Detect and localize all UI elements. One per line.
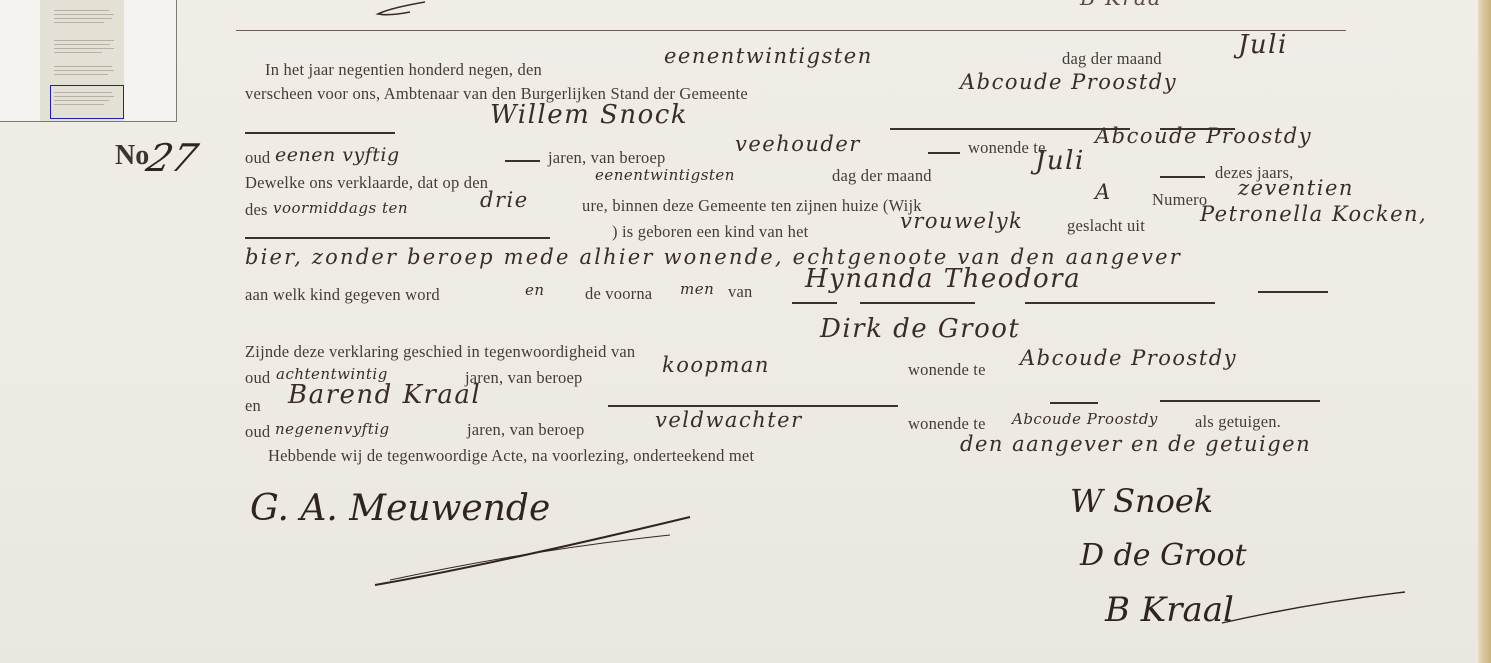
handwritten-mother-name: Petronella Kocken, bbox=[1200, 202, 1427, 226]
blank-line bbox=[1050, 402, 1098, 404]
print-text: jaren, van beroep bbox=[465, 368, 582, 388]
print-text: Hebbende wij de tegenwoordige Acte, na v… bbox=[268, 446, 754, 466]
blank-line bbox=[608, 405, 898, 407]
print-text: aan welk kind gegeven word bbox=[245, 285, 440, 305]
blank-line bbox=[928, 152, 960, 154]
handwritten-witness2-name: Barend Kraal bbox=[288, 380, 481, 410]
handwritten-day: eenentwintigsten bbox=[595, 166, 735, 184]
print-text: des bbox=[245, 200, 268, 220]
document-page: B Kraa No 27 In het jaar negentien honde… bbox=[0, 0, 1478, 663]
handwritten-hour: drie bbox=[480, 188, 529, 212]
previous-record-signature-fragment: B Kraa bbox=[1080, 0, 1162, 10]
handwritten-witness2-profession: veldwachter bbox=[655, 408, 803, 432]
print-text: van bbox=[728, 282, 752, 302]
blank-line bbox=[1258, 291, 1328, 293]
blank-line bbox=[245, 132, 395, 134]
print-text: geslacht uit bbox=[1067, 216, 1145, 236]
handwritten-day: eenentwintigsten bbox=[664, 44, 873, 68]
handwritten-signers: den aangever en de getuigen bbox=[960, 432, 1311, 456]
handwritten-witness1-residence: Abcoude Proostdy bbox=[1020, 346, 1237, 370]
print-text: oud bbox=[245, 368, 270, 388]
handwritten-witness2-age: negenenvyftig bbox=[275, 420, 390, 438]
blank-line bbox=[505, 160, 540, 162]
print-text: wonende te bbox=[908, 360, 986, 380]
handwritten-sex: vrouwelyk bbox=[900, 209, 1023, 233]
handwritten-child-names: Hynanda Theodora bbox=[805, 264, 1081, 294]
print-text: ) is geboren een kind van het bbox=[612, 222, 808, 242]
blank-line bbox=[245, 237, 550, 239]
print-text: als getuigen. bbox=[1195, 412, 1281, 432]
handwritten-declarant-name: Willem Snock bbox=[490, 100, 688, 130]
record-number-label: No bbox=[115, 140, 149, 172]
witness2-signature-flourish bbox=[1220, 588, 1410, 628]
handwritten-municipality: Abcoude Proostdy bbox=[960, 70, 1177, 94]
blank-line bbox=[890, 128, 1130, 130]
print-text: jaren, van beroep bbox=[548, 148, 665, 168]
handwritten-month: Juli bbox=[1035, 146, 1085, 176]
print-text: dag der maand bbox=[1062, 49, 1162, 69]
witness2-signature: B Kraal bbox=[1105, 590, 1234, 630]
print-text: ure, binnen deze Gemeente ten zijnen hui… bbox=[582, 196, 922, 216]
print-text: wonende te bbox=[968, 138, 1046, 158]
handwritten-suffix: en bbox=[525, 281, 545, 299]
handwritten-profession: veehouder bbox=[735, 132, 861, 156]
print-text: Numero bbox=[1152, 190, 1207, 210]
print-text: wonende te bbox=[908, 414, 986, 434]
print-text: In het jaar negentien honderd negen, den bbox=[265, 60, 542, 80]
handwritten-month: Juli bbox=[1238, 30, 1288, 60]
handwritten-witness1-name: Dirk de Groot bbox=[820, 314, 1020, 344]
navigator-viewport-indicator[interactable] bbox=[50, 85, 124, 119]
page-navigator[interactable] bbox=[0, 0, 177, 122]
page-edge bbox=[1478, 0, 1491, 663]
witness1-signature: D de Groot bbox=[1080, 538, 1247, 573]
handwritten-time-of-day: voormiddags ten bbox=[273, 199, 408, 217]
print-text: oud bbox=[245, 422, 270, 442]
handwritten-witness2-residence: Abcoude Proostdy bbox=[1012, 410, 1158, 428]
document-viewer[interactable]: B Kraa No 27 In het jaar negentien honde… bbox=[0, 0, 1491, 663]
previous-record-flourish bbox=[370, 0, 430, 20]
print-text: dag der maand bbox=[832, 166, 932, 186]
blank-line bbox=[792, 302, 837, 304]
declarant-signature: W Snoek bbox=[1070, 482, 1213, 520]
handwritten-age: eenen vyftig bbox=[275, 144, 400, 166]
print-text: Dewelke ons verklaarde, dat op den bbox=[245, 173, 488, 193]
blank-line bbox=[860, 302, 975, 304]
print-text: oud bbox=[245, 148, 270, 168]
print-text: en bbox=[245, 396, 261, 416]
handwritten-residence: Abcoude Proostdy bbox=[1095, 124, 1312, 148]
blank-line bbox=[1160, 400, 1320, 402]
handwritten-suffix: men bbox=[680, 280, 714, 298]
record-number: 27 bbox=[142, 136, 202, 180]
print-text: de voorna bbox=[585, 284, 652, 304]
blank-line bbox=[1025, 302, 1215, 304]
handwritten-witness1-profession: koopman bbox=[662, 353, 770, 377]
print-text: Zijnde deze verklaring geschied in tegen… bbox=[245, 342, 635, 362]
handwritten-wijk: A bbox=[1095, 180, 1112, 204]
print-text: jaren, van beroep bbox=[467, 420, 584, 440]
record-separator-rule bbox=[236, 30, 1346, 31]
handwritten-house-number: zeventien bbox=[1238, 176, 1354, 200]
blank-line bbox=[1160, 176, 1205, 178]
registrar-signature-flourish bbox=[370, 505, 710, 595]
